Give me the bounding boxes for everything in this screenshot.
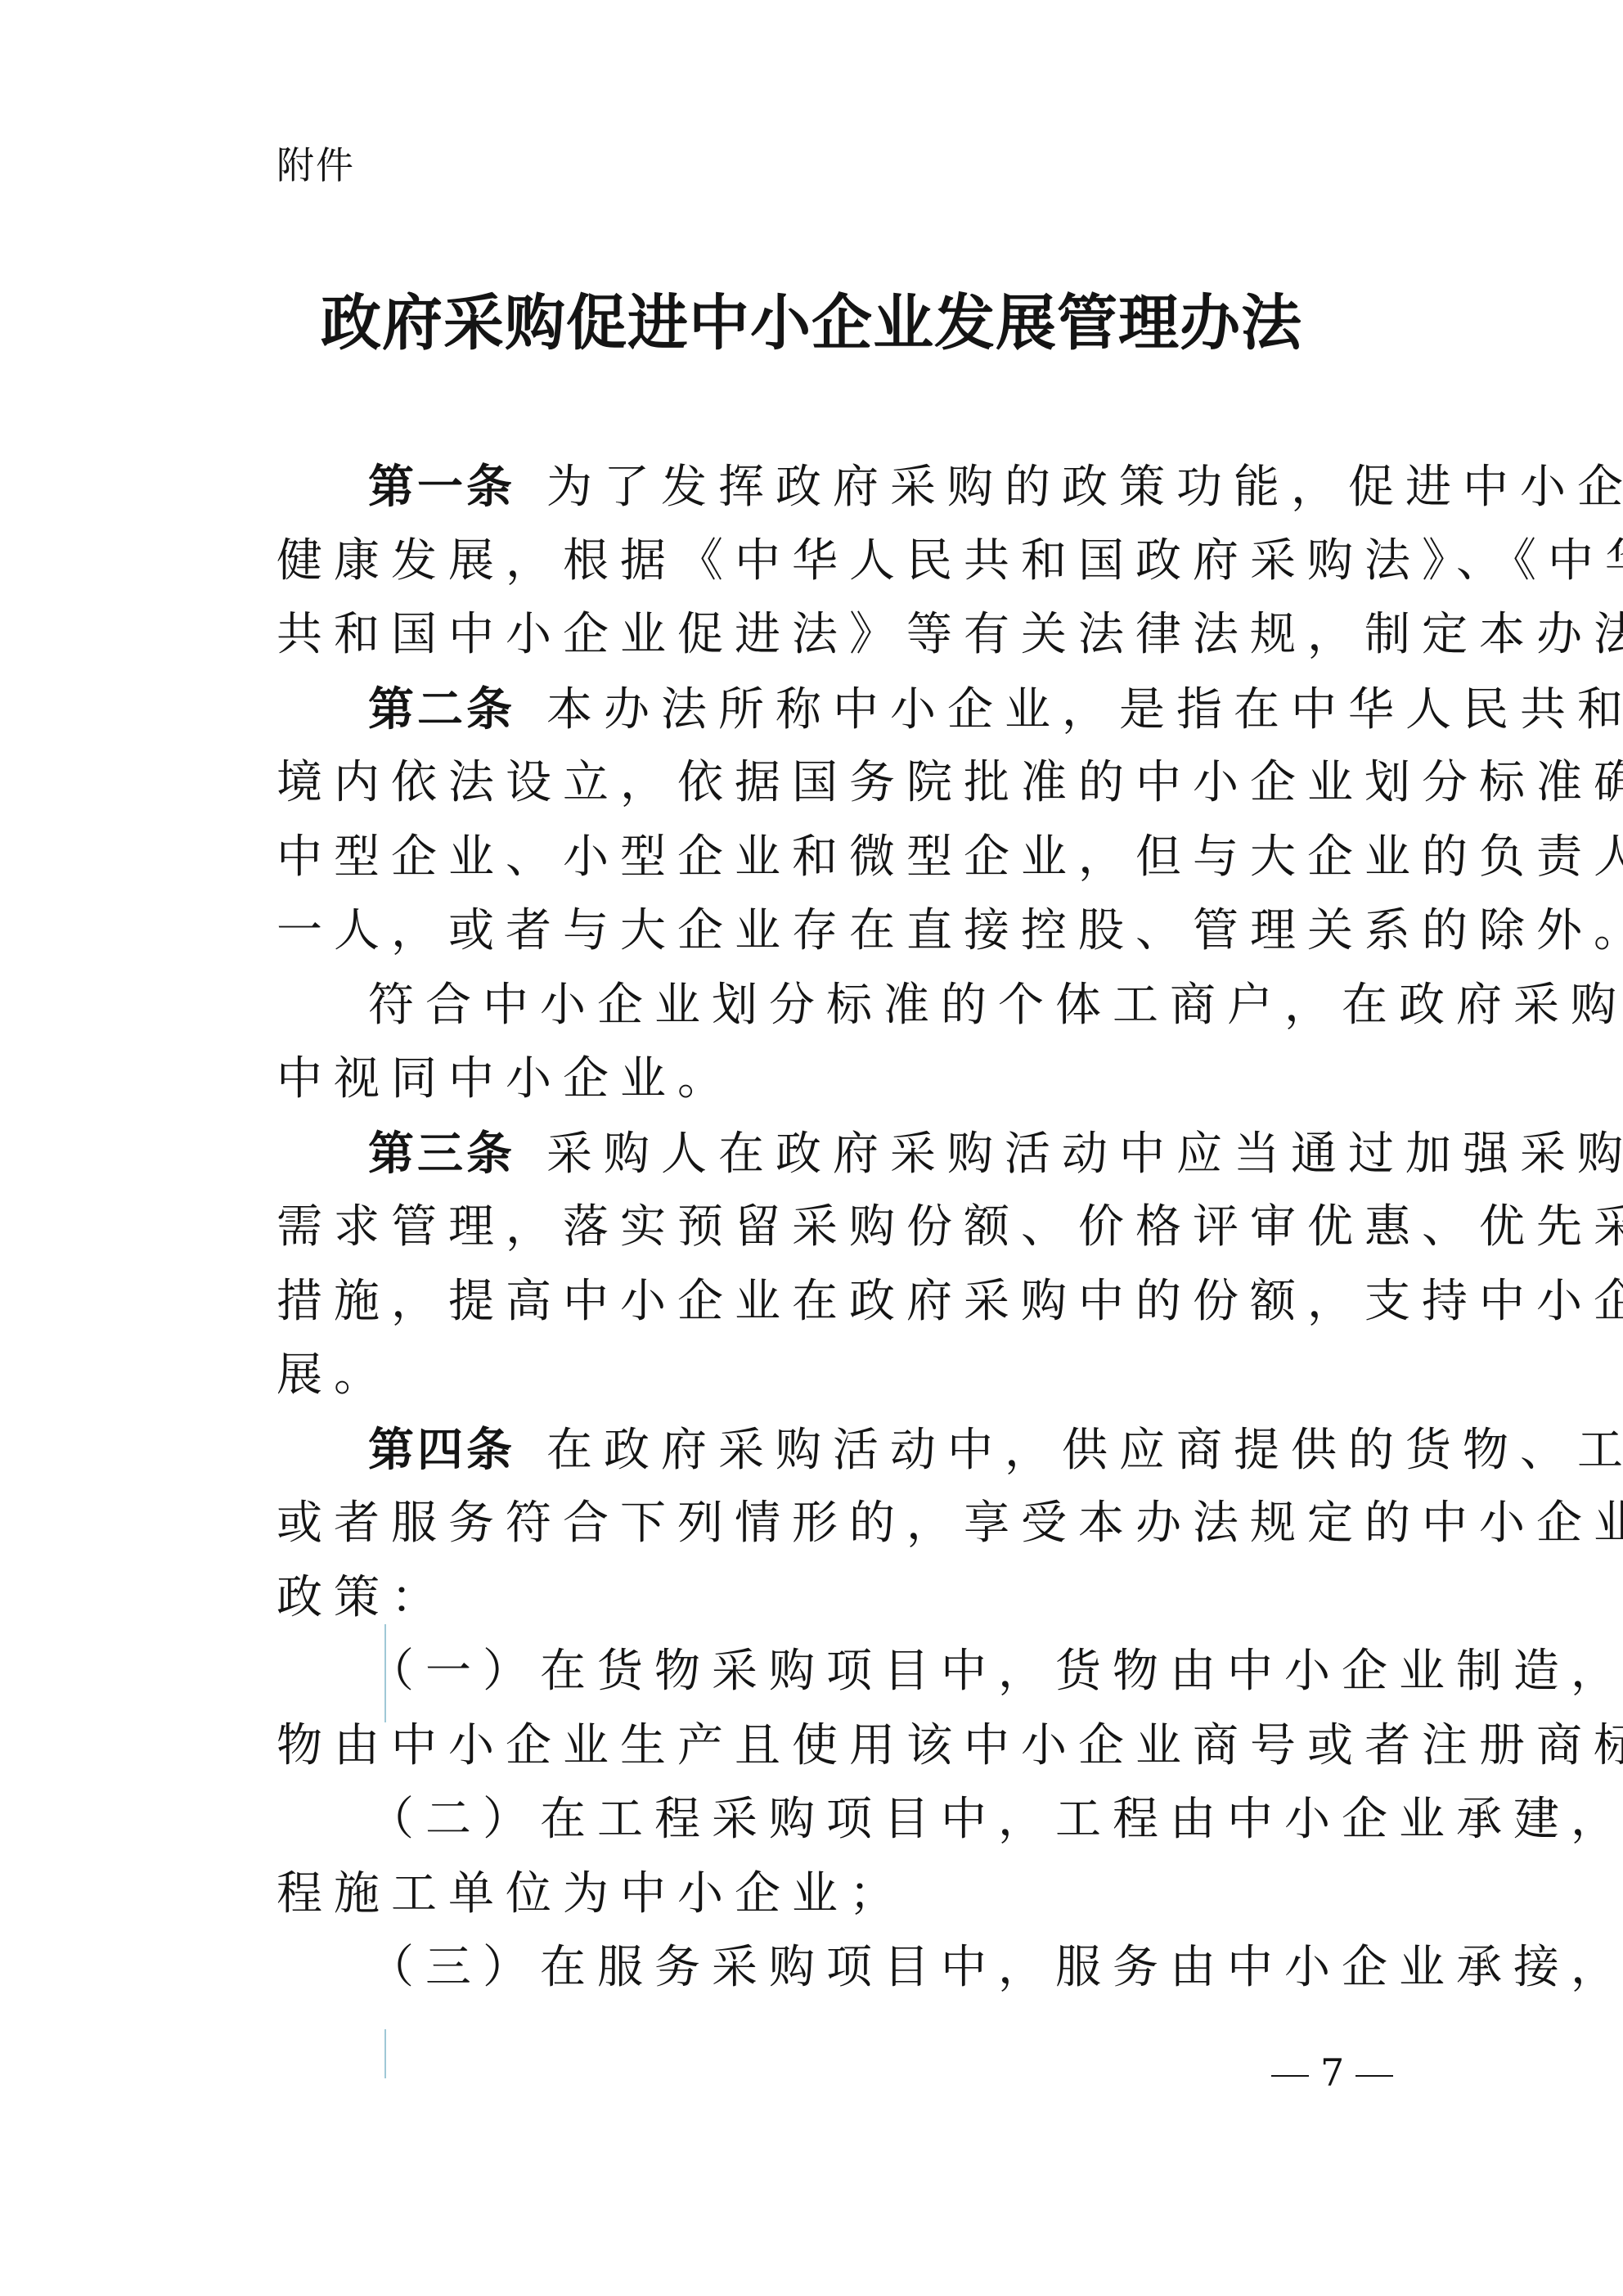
- article-1-line-1: 第一条为了发挥政府采购的政策功能，促进中小企业: [276, 450, 1414, 524]
- article-label: 第四条: [368, 1423, 515, 1477]
- article-label: 第一条: [368, 460, 515, 514]
- article-4-line-3: 政策：: [276, 1561, 1414, 1636]
- article-2-line-2: 境内依法设立，依据国务院批准的中小企业划分标准确定的: [276, 746, 1414, 821]
- document-title: 政府采购促进中小企业发展管理办法: [0, 286, 1623, 360]
- page-number: 7: [1260, 2048, 1405, 2097]
- document-page: 附件 政府采购促进中小企业发展管理办法 第一条为了发挥政府采购的政策功能，促进中…: [0, 0, 1623, 2296]
- article-4-line-1: 第四条在政府采购活动中，供应商提供的货物、工程: [276, 1413, 1414, 1488]
- article-label: 第二条: [368, 682, 515, 736]
- article-3-line-1: 第三条采购人在政府采购活动中应当通过加强采购: [276, 1117, 1414, 1191]
- page-number-value: 7: [1320, 2051, 1344, 2095]
- article-4-item-2-line-2: 程施工单位为中小企业；: [276, 1857, 1414, 1932]
- scan-artifact-line: [384, 2029, 386, 2078]
- article-2-para-2-line-2: 中视同中小企业。: [276, 1042, 1414, 1117]
- article-label: 第三条: [368, 1127, 515, 1181]
- article-3-line-4: 展。: [276, 1339, 1414, 1413]
- dash-right: [1355, 2075, 1393, 2077]
- line-text: 为了发挥政府采购的政策功能，促进中小企业: [546, 461, 1623, 514]
- line-text: 采购人在政府采购活动中应当通过加强采购: [546, 1128, 1623, 1181]
- line-text: 在政府采购活动中，供应商提供的货物、工程: [546, 1424, 1623, 1477]
- article-4-item-3-line-1: （三）在服务采购项目中，服务由中小企业承接，即提: [276, 1931, 1414, 2006]
- article-1-line-2: 健康发展，根据《中华人民共和国政府采购法》、《中华人民: [276, 524, 1414, 599]
- dash-left: [1271, 2075, 1309, 2077]
- article-4-item-1-line-2: 物由中小企业生产且使用该中小企业商号或者注册商标；: [276, 1709, 1414, 1784]
- article-1-line-3: 共和国中小企业促进法》等有关法律法规，制定本办法。: [276, 598, 1414, 673]
- line-text: 本办法所称中小企业，是指在中华人民共和国: [546, 683, 1623, 736]
- article-2-line-1: 第二条本办法所称中小企业，是指在中华人民共和国: [276, 673, 1414, 747]
- article-3-line-2: 需求管理，落实预留采购份额、价格评审优惠、优先采购等: [276, 1191, 1414, 1265]
- article-4-item-1-line-1: （一）在货物采购项目中，货物由中小企业制造，即货: [276, 1635, 1414, 1709]
- article-4-line-2: 或者服务符合下列情形的，享受本办法规定的中小企业扶持: [276, 1487, 1414, 1561]
- article-2-line-4: 一人，或者与大企业存在直接控股、管理关系的除外。: [276, 894, 1414, 969]
- scan-artifact-line: [384, 1624, 386, 1722]
- attachment-label: 附件: [276, 141, 355, 190]
- article-2-line-3: 中型企业、小型企业和微型企业，但与大企业的负责人为同: [276, 821, 1414, 895]
- document-body: 第一条为了发挥政府采购的政策功能，促进中小企业 健康发展，根据《中华人民共和国政…: [276, 450, 1414, 2006]
- article-3-line-3: 措施，提高中小企业在政府采购中的份额，支持中小企业发: [276, 1265, 1414, 1339]
- article-2-para-2-line-1: 符合中小企业划分标准的个体工商户，在政府采购活动: [276, 969, 1414, 1043]
- article-4-item-2-line-1: （二）在工程采购项目中，工程由中小企业承建，即工: [276, 1783, 1414, 1857]
